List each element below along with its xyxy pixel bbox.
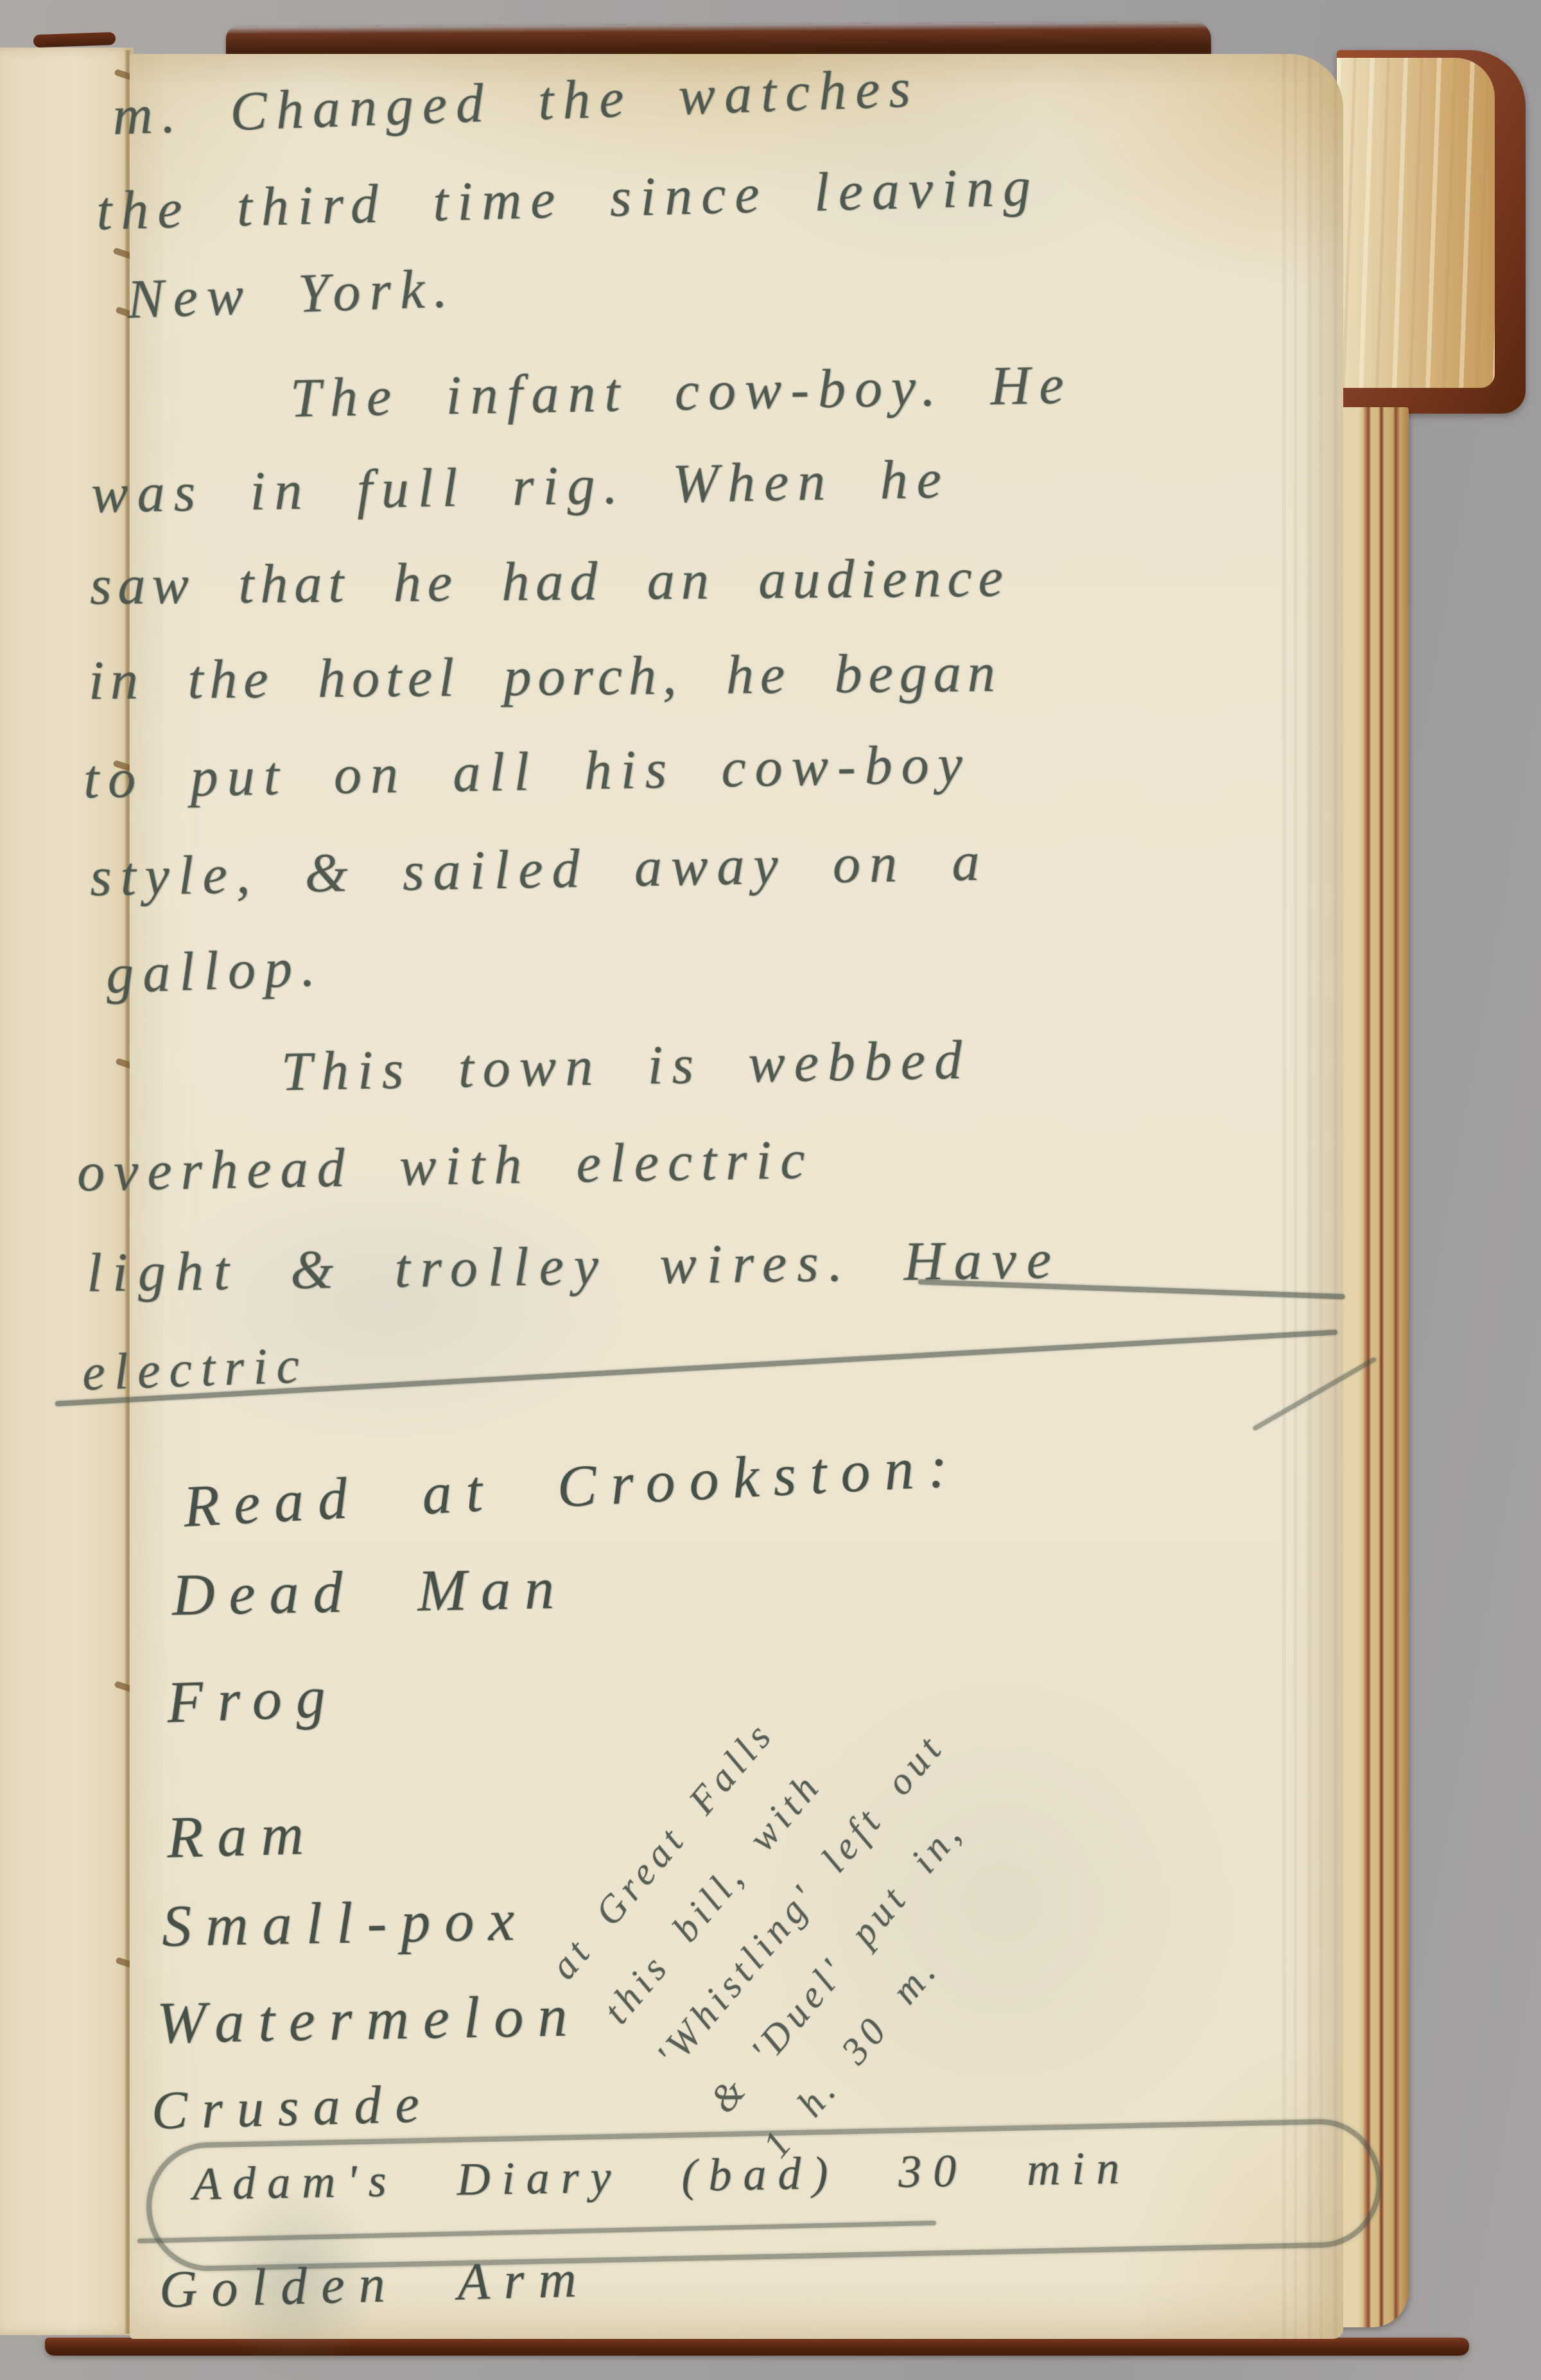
handwritten-line: This town is webbed — [281, 1032, 971, 1099]
cover-bottom-edge — [45, 2338, 1469, 2356]
turned-pages-edge — [1337, 58, 1495, 388]
handwritten-line: saw that he had an audience — [90, 550, 1009, 613]
reading-list-item: Dead Man — [171, 1559, 568, 1625]
handwritten-line: light & trolley wires. Have — [86, 1231, 1061, 1300]
reading-list-item: Small-pox — [161, 1890, 529, 1956]
page-edge-shading — [1282, 54, 1343, 2339]
handwritten-line: The infant cow-boy. He — [290, 356, 1073, 425]
handwritten-line: gallop. — [105, 939, 325, 1002]
reading-list-item: Ram — [166, 1804, 318, 1867]
reading-list-item: Frog — [166, 1667, 340, 1731]
handwritten-line: was in full rig. When he — [91, 451, 950, 521]
page-edge-streaks — [1337, 58, 1495, 388]
handwritten-line: style, & sailed away on a — [89, 834, 989, 904]
handwritten-line: New York. — [126, 260, 457, 327]
cover-top-left-edge — [33, 32, 116, 48]
reading-list-item: Crusade — [151, 2077, 434, 2138]
book-fore-edge — [1337, 407, 1409, 2327]
reading-list-item: Watermelon — [156, 1986, 582, 2052]
handwritten-line: to put on all his cow-boy — [83, 736, 971, 807]
handwritten-line: overhead with electric — [76, 1132, 814, 1200]
notebook-photo-stage: m. Changed the watches the third time si… — [0, 0, 1541, 2380]
handwritten-line: in the hotel porch, he began — [89, 645, 1002, 708]
cover-right-flap — [1337, 50, 1526, 414]
